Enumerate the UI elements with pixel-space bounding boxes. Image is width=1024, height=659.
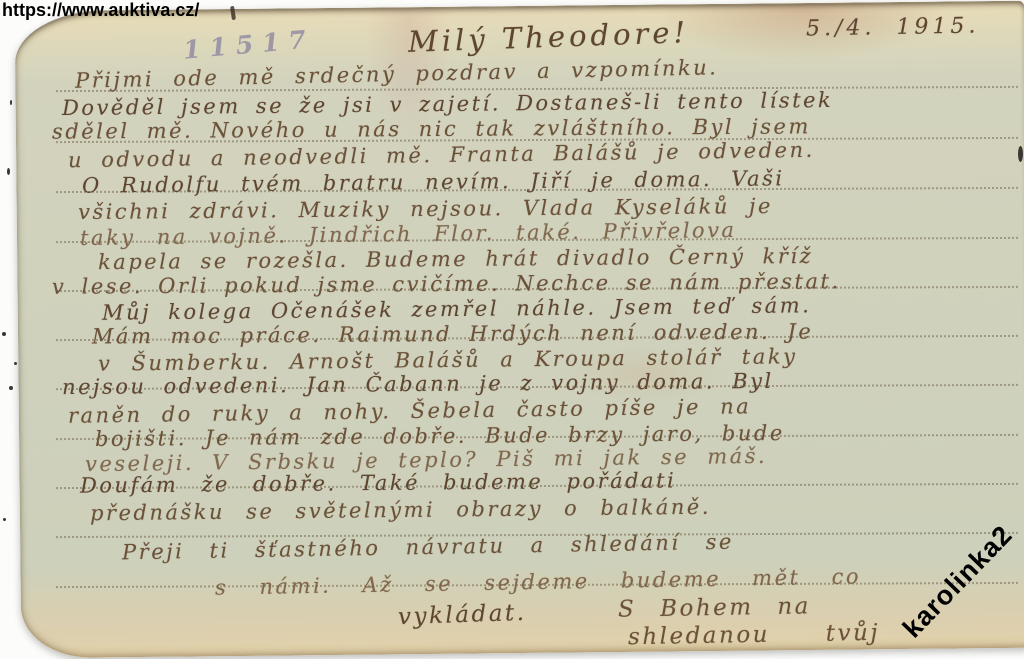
scan-speck [3,518,6,521]
closing-line: vykládat. [398,600,527,630]
scan-speck [14,362,17,365]
scan-speck [9,386,13,390]
closing-line: shledanou tvůj [628,620,880,650]
card-edge-tear [230,6,236,20]
scanned-postcard-page: https://www.auktiva.cz/ 11517 Milý Theod… [0,0,1024,659]
closing-line: S Bohem na [618,593,811,622]
scan-speck [10,100,12,105]
handwritten-line: Mám moc práce. Raimund Hrdých není odved… [92,319,813,348]
scan-speck [7,168,10,175]
scan-speck [1018,146,1023,162]
date: 5./4. 1915. [806,13,980,41]
scan-speck [2,332,6,336]
auction-url-watermark: https://www.auktiva.cz/ [2,0,199,21]
